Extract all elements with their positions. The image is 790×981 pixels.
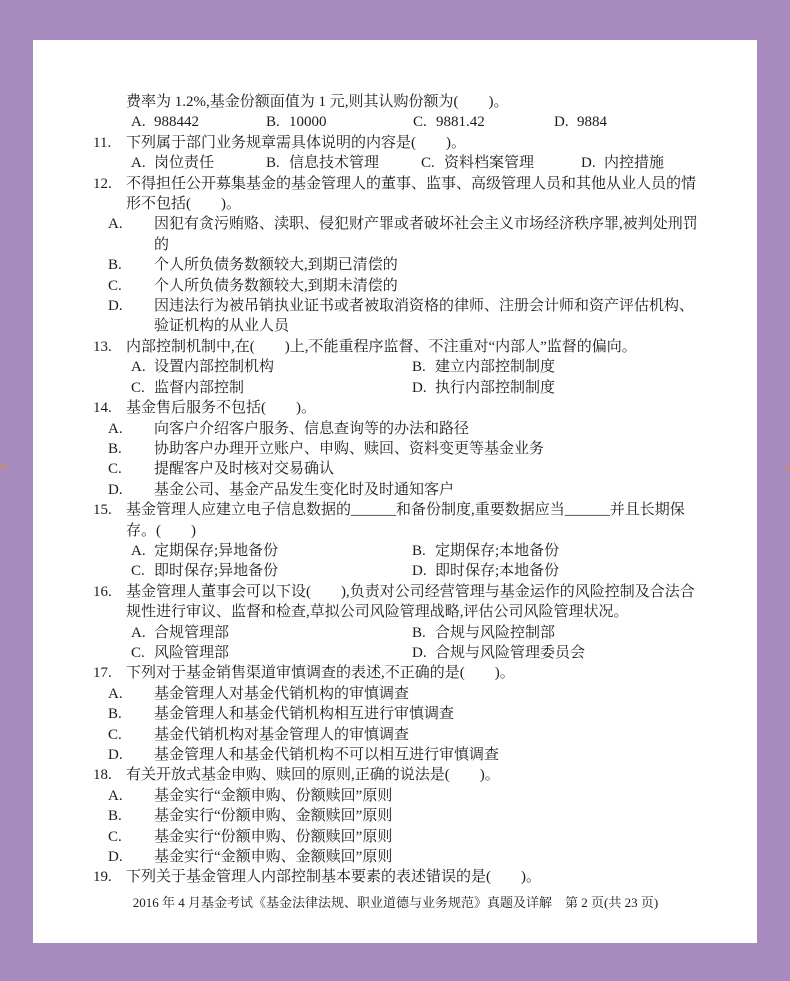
option: B.信息技术管理: [261, 153, 416, 173]
option: B.基金管理人和基金代销机构相互进行审慎调查: [126, 704, 698, 724]
option-label: C.: [131, 827, 154, 847]
option-label: C.: [131, 276, 154, 296]
question-body: 基金售后服务不包括( )。A.向客户介绍客户服务、信息查询等的办法和路径B.协助…: [126, 398, 698, 500]
option-text: 即时保存;异地备份: [154, 563, 278, 579]
option-text: 基金管理人和基金代销机构不可以相互进行审慎调查: [154, 747, 499, 763]
option: A.向客户介绍客户服务、信息查询等的办法和路径: [126, 419, 698, 439]
question-body: 基金管理人应建立电子信息数据的______和备份制度,重要数据应当______并…: [126, 500, 698, 582]
option-text: 基金实行“份额申购、份额赎回”原则: [154, 829, 392, 845]
question-stem: 基金管理人应建立电子信息数据的______和备份制度,重要数据应当______并…: [126, 500, 698, 541]
question-number: 12.: [93, 174, 126, 194]
option-label: C.: [421, 153, 444, 173]
option-label: D.: [131, 480, 154, 500]
option-label: B.: [131, 806, 154, 826]
question-body: 有关开放式基金申购、赎回的原则,正确的说法是( )。A.基金实行“金额申购、份额…: [126, 765, 698, 867]
option: A.988442: [126, 112, 261, 132]
option: A.因犯有贪污贿赂、渎职、侵犯财产罪或者破坏社会主义市场经济秩序罪,被判处刑罚的: [126, 214, 698, 255]
question: 19.下列关于基金管理人内部控制基本要素的表述错误的是( )。: [93, 867, 698, 887]
option: A.岗位责任: [126, 153, 261, 173]
option-text: 资料档案管理: [444, 155, 534, 171]
option-label: D.: [412, 643, 435, 663]
option: B.个人所负债务数额较大,到期已清偿的: [126, 255, 698, 275]
options-group: A.合规管理部B.合规与风险控制部C.风险管理部D.合规与风险管理委员会: [126, 623, 698, 664]
question-stem: 下列对于基金销售渠道审慎调查的表述,不正确的是( )。: [126, 663, 698, 683]
option: D.基金管理人和基金代销机构不可以相互进行审慎调查: [126, 745, 698, 765]
option-label: A.: [131, 684, 154, 704]
option: A.基金管理人对基金代销机构的审慎调查: [126, 684, 698, 704]
option: C.9881.42: [408, 112, 549, 132]
option: D.9884: [549, 112, 698, 132]
option: D.执行内部控制制度: [407, 378, 698, 398]
option-label: B.: [131, 255, 154, 275]
options-group: A.基金实行“金额申购、份额赎回”原则B.基金实行“份额申购、金额赎回”原则C.…: [126, 786, 698, 868]
question-body: 费率为 1.2%,基金份额面值为 1 元,则其认购份额为( )。A.988442…: [126, 92, 698, 133]
option-label: A.: [131, 541, 154, 561]
option-label: A.: [131, 419, 154, 439]
question-number: 19.: [93, 867, 126, 887]
option-text: 定期保存;异地备份: [154, 543, 278, 559]
option: C.个人所负债务数额较大,到期未清偿的: [126, 276, 698, 296]
option-text: 合规管理部: [154, 625, 229, 641]
exam-content: 费率为 1.2%,基金份额面值为 1 元,则其认购份额为( )。A.988442…: [93, 92, 698, 911]
option-text: 基金实行“份额申购、金额赎回”原则: [154, 808, 392, 824]
option-label: D.: [131, 847, 154, 867]
question-stem: 有关开放式基金申购、赎回的原则,正确的说法是( )。: [126, 765, 698, 785]
option: D.基金实行“金额申购、金额赎回”原则: [126, 847, 698, 867]
question-stem: 内部控制机制中,在( )上,不能重程序监督、不注重对“内部人”监督的偏向。: [126, 337, 698, 357]
option: C.提醒客户及时核对交易确认: [126, 459, 698, 479]
option: C.基金实行“份额申购、份额赎回”原则: [126, 827, 698, 847]
question-stem: 基金管理人董事会可以下设( ),负责对公司经营管理与基金运作的风险控制及合法合规…: [126, 582, 698, 623]
option-text: 因犯有贪污贿赂、渎职、侵犯财产罪或者破坏社会主义市场经济秩序罪,被判处刑罚的: [154, 216, 698, 252]
option: B.定期保存;本地备份: [407, 541, 698, 561]
option: B.建立内部控制制度: [407, 357, 698, 377]
question-number: 13.: [93, 337, 126, 357]
option-text: 内控措施: [604, 155, 664, 171]
question: 13.内部控制机制中,在( )上,不能重程序监督、不注重对“内部人”监督的偏向。…: [93, 337, 698, 398]
question-number: 18.: [93, 765, 126, 785]
option-label: B.: [412, 623, 435, 643]
question-stem: 下列属于部门业务规章需具体说明的内容是( )。: [126, 133, 698, 153]
option-label: D.: [554, 112, 577, 132]
option-text: 执行内部控制制度: [435, 380, 555, 396]
option-label: B.: [131, 704, 154, 724]
options-group: A.基金管理人对基金代销机构的审慎调查B.基金管理人和基金代销机构相互进行审慎调…: [126, 684, 698, 766]
scanned-page-frame: 费率为 1.2%,基金份额面值为 1 元,则其认购份额为( )。A.988442…: [0, 0, 790, 981]
option-text: 10000: [289, 114, 327, 130]
option: C.监督内部控制: [126, 378, 407, 398]
option-label: A.: [131, 623, 154, 643]
option-text: 即时保存;本地备份: [435, 563, 559, 579]
question-number: 16.: [93, 582, 126, 602]
option-text: 基金管理人对基金代销机构的审慎调查: [154, 686, 409, 702]
option-label: D.: [412, 561, 435, 581]
question-stem: 下列关于基金管理人内部控制基本要素的表述错误的是( )。: [126, 867, 698, 887]
question: 12.不得担任公开募集基金的基金管理人的董事、监事、高级管理人员和其他从业人员的…: [93, 174, 698, 337]
question-number: 11.: [93, 133, 126, 153]
option-label: A.: [131, 786, 154, 806]
option: A.定期保存;异地备份: [126, 541, 407, 561]
option: A.合规管理部: [126, 623, 407, 643]
option-label: C.: [131, 378, 154, 398]
option-label: B.: [266, 112, 289, 132]
question-body: 下列关于基金管理人内部控制基本要素的表述错误的是( )。: [126, 867, 698, 887]
option-label: A.: [131, 214, 154, 234]
option-label: D.: [412, 378, 435, 398]
option: C.风险管理部: [126, 643, 407, 663]
option: C.即时保存;异地备份: [126, 561, 407, 581]
option: A.基金实行“金额申购、份额赎回”原则: [126, 786, 698, 806]
option-text: 提醒客户及时核对交易确认: [154, 461, 334, 477]
option-text: 基金代销机构对基金管理人的审慎调查: [154, 727, 409, 743]
option-label: C.: [413, 112, 436, 132]
option-text: 岗位责任: [154, 155, 214, 171]
page-footer: 2016 年 4 月基金考试《基金法律法规、职业道德与业务规范》真题及详解 第 …: [93, 894, 698, 911]
question-stem: 不得担任公开募集基金的基金管理人的董事、监事、高级管理人员和其他从业人员的情形不…: [126, 174, 698, 215]
option-label: C.: [131, 643, 154, 663]
option-label: D.: [131, 745, 154, 765]
option: D.内控措施: [576, 153, 698, 173]
question: 16.基金管理人董事会可以下设( ),负责对公司经营管理与基金运作的风险控制及合…: [93, 582, 698, 664]
question: 18.有关开放式基金申购、赎回的原则,正确的说法是( )。A.基金实行“金额申购…: [93, 765, 698, 867]
option-text: 合规与风险管理委员会: [435, 645, 585, 661]
options-group: A.988442B.10000C.9881.42D.9884: [126, 112, 698, 132]
question-body: 内部控制机制中,在( )上,不能重程序监督、不注重对“内部人”监督的偏向。A.设…: [126, 337, 698, 398]
option: B.基金实行“份额申购、金额赎回”原则: [126, 806, 698, 826]
option: C.基金代销机构对基金管理人的审慎调查: [126, 725, 698, 745]
options-group: A.定期保存;异地备份B.定期保存;本地备份C.即时保存;异地备份D.即时保存;…: [126, 541, 698, 582]
options-group: A.向客户介绍客户服务、信息查询等的办法和路径B.协助客户办理开立账户、申购、赎…: [126, 419, 698, 501]
option-text: 9884: [577, 114, 607, 130]
option-text: 基金管理人和基金代销机构相互进行审慎调查: [154, 706, 454, 722]
option: D.因违法行为被吊销执业证书或者被取消资格的律师、注册会计师和资产评估机构、验证…: [126, 296, 698, 337]
question: 11.下列属于部门业务规章需具体说明的内容是( )。A.岗位责任B.信息技术管理…: [93, 133, 698, 174]
question-body: 下列属于部门业务规章需具体说明的内容是( )。A.岗位责任B.信息技术管理C.资…: [126, 133, 698, 174]
option-text: 988442: [154, 114, 199, 130]
question-list: 费率为 1.2%,基金份额面值为 1 元,则其认购份额为( )。A.988442…: [93, 92, 698, 888]
option-text: 个人所负债务数额较大,到期未清偿的: [154, 278, 398, 294]
option-text: 定期保存;本地备份: [435, 543, 559, 559]
option-text: 风险管理部: [154, 645, 229, 661]
option-label: A.: [131, 112, 154, 132]
option-label: B.: [412, 541, 435, 561]
option-label: C.: [131, 561, 154, 581]
option: B.10000: [261, 112, 408, 132]
options-group: A.岗位责任B.信息技术管理C.资料档案管理D.内控措施: [126, 153, 698, 173]
option-text: 设置内部控制机构: [154, 359, 274, 375]
option-label: C.: [131, 725, 154, 745]
options-group: A.因犯有贪污贿赂、渎职、侵犯财产罪或者破坏社会主义市场经济秩序罪,被判处刑罚的…: [126, 214, 698, 336]
question-body: 下列对于基金销售渠道审慎调查的表述,不正确的是( )。A.基金管理人对基金代销机…: [126, 663, 698, 765]
option-label: A.: [131, 357, 154, 377]
crop-mark-left: [0, 465, 7, 468]
option-text: 建立内部控制制度: [435, 359, 555, 375]
option-label: B.: [266, 153, 289, 173]
question-body: 不得担任公开募集基金的基金管理人的董事、监事、高级管理人员和其他从业人员的情形不…: [126, 174, 698, 337]
question: 17.下列对于基金销售渠道审慎调查的表述,不正确的是( )。A.基金管理人对基金…: [93, 663, 698, 765]
option-text: 协助客户办理开立账户、申购、赎回、资料变更等基金业务: [154, 441, 544, 457]
option: A.设置内部控制机构: [126, 357, 407, 377]
option-label: D.: [131, 296, 154, 316]
option-text: 个人所负债务数额较大,到期已清偿的: [154, 257, 398, 273]
question: 费率为 1.2%,基金份额面值为 1 元,则其认购份额为( )。A.988442…: [93, 92, 698, 133]
option-text: 基金实行“金额申购、金额赎回”原则: [154, 849, 392, 865]
option-text: 合规与风险控制部: [435, 625, 555, 641]
option-text: 因违法行为被吊销执业证书或者被取消资格的律师、注册会计师和资产评估机构、验证机构…: [154, 298, 694, 334]
option-label: B.: [131, 439, 154, 459]
option-label: C.: [131, 459, 154, 479]
question: 14.基金售后服务不包括( )。A.向客户介绍客户服务、信息查询等的办法和路径B…: [93, 398, 698, 500]
option-label: D.: [581, 153, 604, 173]
option-text: 向客户介绍客户服务、信息查询等的办法和路径: [154, 421, 469, 437]
option-label: B.: [412, 357, 435, 377]
question-number: 14.: [93, 398, 126, 418]
option: D.合规与风险管理委员会: [407, 643, 698, 663]
question-number: 17.: [93, 663, 126, 683]
exam-paper: 费率为 1.2%,基金份额面值为 1 元,则其认购份额为( )。A.988442…: [33, 40, 757, 943]
question-stem: 基金售后服务不包括( )。: [126, 398, 698, 418]
option: B.合规与风险控制部: [407, 623, 698, 643]
option-text: 基金实行“金额申购、份额赎回”原则: [154, 788, 392, 804]
question-number: 15.: [93, 500, 126, 520]
option: B.协助客户办理开立账户、申购、赎回、资料变更等基金业务: [126, 439, 698, 459]
option: C.资料档案管理: [416, 153, 576, 173]
question: 15.基金管理人应建立电子信息数据的______和备份制度,重要数据应当____…: [93, 500, 698, 582]
option-text: 基金公司、基金产品发生变化时及时通知客户: [154, 482, 454, 498]
option: D.即时保存;本地备份: [407, 561, 698, 581]
option-text: 9881.42: [436, 114, 485, 130]
option-text: 信息技术管理: [289, 155, 379, 171]
option-text: 监督内部控制: [154, 380, 244, 396]
options-group: A.设置内部控制机构B.建立内部控制制度C.监督内部控制D.执行内部控制制度: [126, 357, 698, 398]
option: D.基金公司、基金产品发生变化时及时通知客户: [126, 480, 698, 500]
option-label: A.: [131, 153, 154, 173]
question-stem: 费率为 1.2%,基金份额面值为 1 元,则其认购份额为( )。: [126, 92, 698, 112]
crop-mark-right: [783, 467, 790, 470]
question-body: 基金管理人董事会可以下设( ),负责对公司经营管理与基金运作的风险控制及合法合规…: [126, 582, 698, 664]
